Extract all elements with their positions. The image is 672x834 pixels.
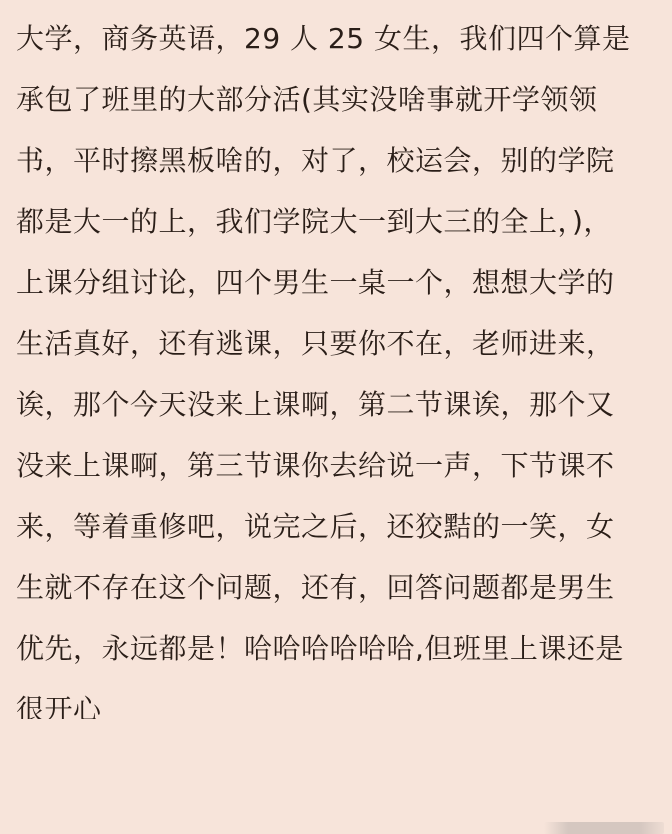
text-line: 生活真好，还有逃课，只要你不在，老师进来， xyxy=(16,313,672,374)
text-line-truncated: 很开心 xyxy=(16,679,672,719)
text-line: 来，等着重修吧，说完之后，还狡黠的一笑，女 xyxy=(16,496,672,557)
text-line: 生就不存在这个问题，还有，回答问题都是男生 xyxy=(16,557,672,618)
text-line: 承包了班里的大部分活(其实没啥事就开学领领 xyxy=(16,69,672,130)
text-line: 上课分组讨论，四个男生一桌一个，想想大学的 xyxy=(16,252,672,313)
post-text-body: 大学，商务英语，29 人 25 女生，我们四个算是 承包了班里的大部分活(其实没… xyxy=(16,8,672,719)
watermark-overlay xyxy=(544,822,664,834)
text-line: 诶，那个今天没来上课啊，第二节课诶，那个又 xyxy=(16,374,672,435)
text-line: 都是大一的上，我们学院大一到大三的全上，)， xyxy=(16,191,672,252)
text-line: 优先，永远都是！哈哈哈哈哈哈,但班里上课还是 xyxy=(16,618,672,679)
text-line: 书，平时擦黑板啥的，对了，校运会，别的学院 xyxy=(16,130,672,191)
text-line: 大学，商务英语，29 人 25 女生，我们四个算是 xyxy=(16,8,672,69)
text-line: 没来上课啊，第三节课你去给说一声，下节课不 xyxy=(16,435,672,496)
